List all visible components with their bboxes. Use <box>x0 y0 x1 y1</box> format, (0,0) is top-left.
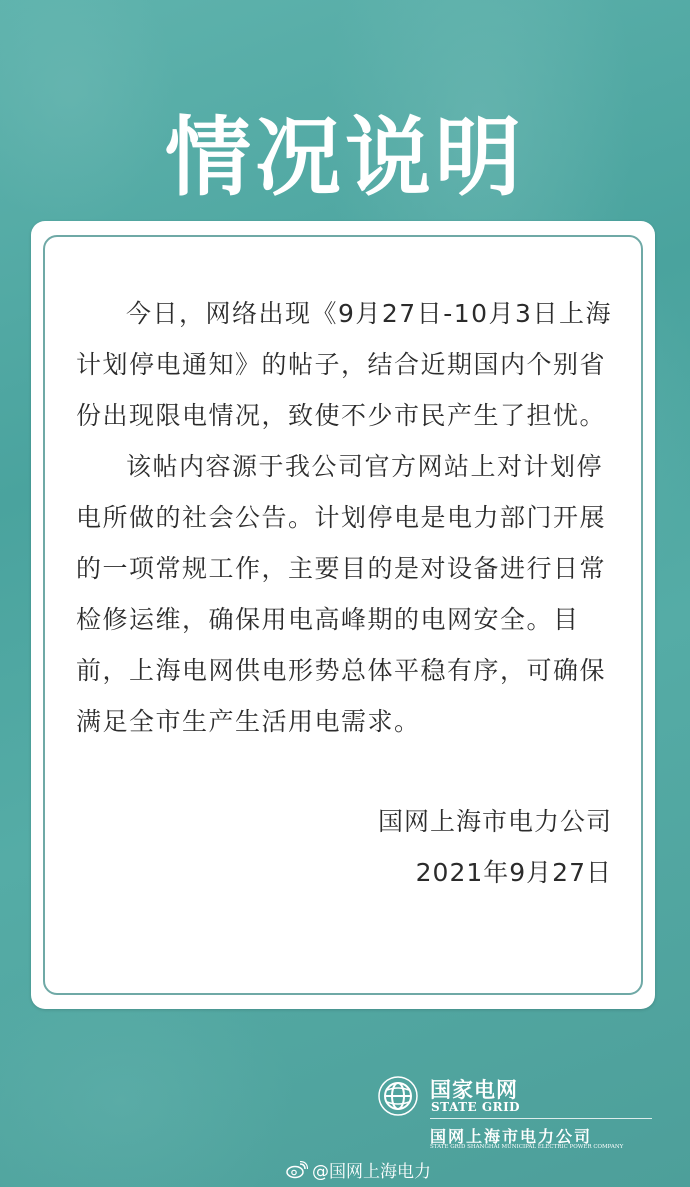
state-grid-globe-icon <box>378 1076 418 1116</box>
weibo-icon <box>286 1161 308 1179</box>
date: 2021年9月27日 <box>378 847 612 898</box>
weibo-account: @国网上海电力 <box>312 1157 431 1182</box>
logo-divider <box>430 1118 652 1119</box>
signature: 国网上海市电力公司 <box>378 796 612 847</box>
weibo-watermark: @国网上海电力 <box>286 1157 431 1182</box>
notice-paragraph: 今日，网络出现《9月27日-10月3日上海计划停电通知》的帖子，结合近期国内个别… <box>76 288 616 441</box>
page-title: 情况说明 <box>0 108 690 208</box>
notice-paragraph: 该帖内容源于我公司官方网站上对计划停电所做的社会公告。计划停电是电力部门开展的一… <box>76 441 616 747</box>
signature-block: 国网上海市电力公司 2021年9月27日 <box>378 796 612 898</box>
company-name-en: STATE GRID SHANGHAI MUNICIPAL ELECTRIC P… <box>430 1144 623 1150</box>
state-grid-logo: 国家电网 STATE GRID 国网上海市电力公司 STATE GRID SHA… <box>378 1072 658 1152</box>
brand-name-en: STATE GRID <box>431 1100 520 1114</box>
notice-body: 今日，网络出现《9月27日-10月3日上海计划停电通知》的帖子，结合近期国内个别… <box>76 288 616 747</box>
